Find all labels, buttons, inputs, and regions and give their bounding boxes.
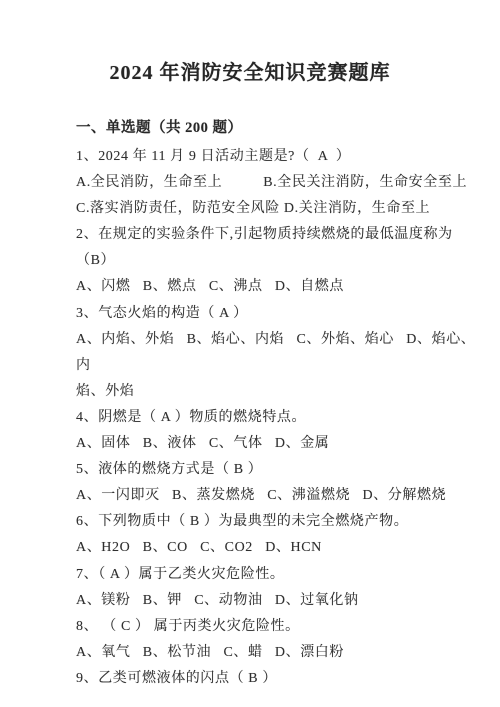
question-line: 9、乙类可燃液体的闪点（ B ） <box>76 666 480 692</box>
option-line: A、内焰、外焰 B、焰心、内焰 C、外焰、焰心 D、焰心、内 <box>76 327 480 379</box>
option-line: A、氧气 B、松节油 C、蜡 D、漂白粉 <box>76 640 480 666</box>
document-title: 2024 年消防安全知识竞赛题库 <box>0 56 500 85</box>
option-line: A、一闪即灭 B、蒸发燃烧 C、沸溢燃烧 D、分解燃烧 <box>76 483 480 509</box>
question-line: 3、气态火焰的构造（ A ） <box>76 301 480 327</box>
option-line: A.全民消防，生命至上 B.全民关注消防，生命安全至上 <box>76 170 480 196</box>
question-line: 7、（ A ）属于乙类火灾危险性。 <box>76 562 480 588</box>
option-line: A、H2O B、CO C、CO2 D、HCN <box>76 535 480 561</box>
question-list: 1、2024 年 11 月 9 日活动主题是?（ A ） A.全民消防，生命至上… <box>76 144 480 692</box>
option-line: C.落实消防责任，防范安全风险 D.关注消防，生命至上 <box>76 196 480 222</box>
option-line: A、固体 B、液体 C、气体 D、金属 <box>76 431 480 457</box>
document-page: 2024 年消防安全知识竞赛题库 一、单选题（共 200 题） 1、2024 年… <box>0 0 500 707</box>
question-line: 2、在规定的实验条件下,引起物质持续燃烧的最低温度称为（B） <box>76 222 480 274</box>
question-line: 4、阴燃是（ A ）物质的燃烧特点。 <box>76 405 480 431</box>
question-line: 8、 （ C ） 属于丙类火灾危险性。 <box>76 614 480 640</box>
question-line: 6、下列物质中（ B ）为最典型的未完全燃烧产物。 <box>76 509 480 535</box>
option-line: A、闪燃 B、燃点 C、沸点 D、自燃点 <box>76 274 480 300</box>
option-line: A、镁粉 B、钾 C、动物油 D、过氧化钠 <box>76 588 480 614</box>
question-line: 1、2024 年 11 月 9 日活动主题是?（ A ） <box>76 144 480 170</box>
section-heading: 一、单选题（共 200 题） <box>76 116 243 137</box>
option-line-continuation: 焰、外焰 <box>76 379 480 405</box>
question-line: 5、液体的燃烧方式是（ B ） <box>76 457 480 483</box>
